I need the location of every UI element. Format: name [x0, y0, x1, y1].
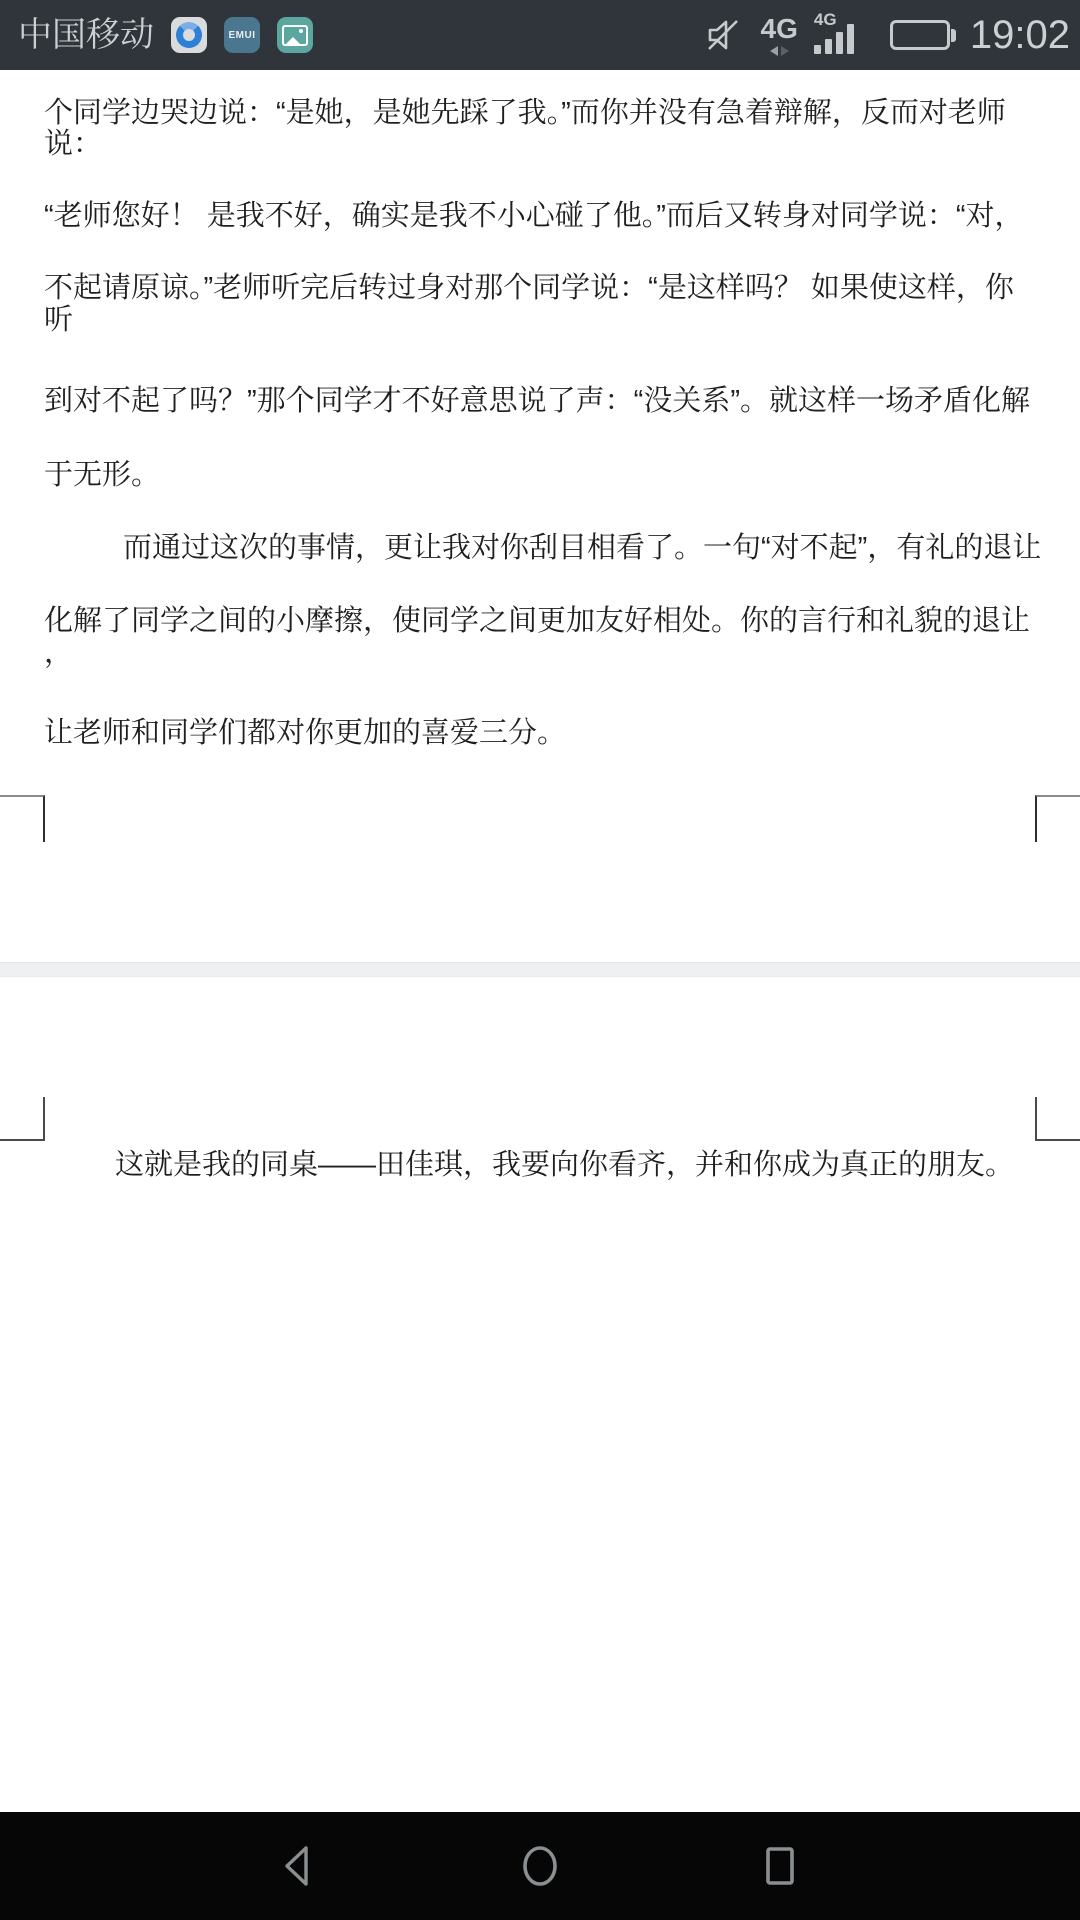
home-icon: [516, 1842, 564, 1890]
phone-screen: 中国移动 EMUI 4G: [0, 0, 1080, 1920]
network-4g-label: 4G: [761, 13, 798, 44]
clock-label: 19:02: [970, 15, 1070, 55]
document-text-line: ，: [44, 636, 73, 671]
gallery-frame-glyph: [282, 25, 308, 46]
document-viewport[interactable]: 个同学边哭边说：“是她，是她先踩了我。”而你并没有急着辩解，反而对老师 说： “…: [0, 70, 1080, 1812]
gallery-mountain-glyph: [285, 37, 301, 45]
signal-bar: [847, 24, 854, 54]
document-text-line: 化解了同学之间的小摩擦，使同学之间更加友好相处。你的言行和礼貌的退让: [44, 604, 1030, 639]
battery-nub: [951, 29, 956, 42]
document-text-line: 让老师和同学们都对你更加的喜爱三分。: [44, 716, 566, 751]
home-button[interactable]: [420, 1812, 660, 1920]
page2-top-left-margin-mark: [0, 1097, 45, 1141]
mobile-data-indicator: 4G: [761, 15, 798, 56]
document-text-line: 而通过这次的事情，更让我对你刮目相看了。一句“对不起”，有礼的退让: [123, 531, 1041, 566]
data-activity-arrows-icon: [761, 46, 798, 56]
gallery-notification-icon: [277, 17, 313, 53]
document-text-line: 听: [44, 303, 73, 338]
signal-bar: [825, 39, 832, 54]
browser-notification-icon: [171, 17, 207, 53]
signal-strength-indicator: 4G: [814, 10, 872, 60]
page1-bottom-right-margin-mark: [1035, 795, 1080, 842]
carrier-label: 中国移动: [18, 18, 154, 52]
page1-bottom-left-margin-mark: [0, 795, 45, 842]
back-button[interactable]: [180, 1812, 420, 1920]
page2-top-right-margin-mark: [1035, 1097, 1080, 1141]
page-separator: [0, 962, 1080, 977]
status-bar: 中国移动 EMUI 4G: [0, 0, 1080, 70]
browser-swirl-glyph: [176, 22, 202, 48]
document-text-line: 个同学边哭边说：“是她，是她先踩了我。”而你并没有急着辩解，反而对老师: [44, 96, 1006, 131]
document-text-line: 到对不起了吗？”那个同学才不好意思说了声：“没关系”。就这样一场矛盾化解: [44, 384, 1030, 419]
document-text-line: 说：: [44, 127, 102, 162]
android-nav-bar: [0, 1812, 1080, 1920]
data-arrow-left-icon: [770, 46, 778, 56]
gallery-dot-glyph: [299, 29, 303, 33]
signal-bars-icon: [814, 24, 854, 54]
mute-speaker-icon: [703, 15, 743, 55]
status-bar-left: 中国移动 EMUI: [18, 17, 313, 53]
battery-icon: [890, 20, 956, 50]
emui-icon-label: EMUI: [229, 30, 256, 41]
status-bar-right: 4G 4G 19:02: [703, 10, 1070, 60]
signal-bar: [836, 32, 843, 54]
document-text-line: “老师您好！ 是我不好，确实是我不小心碰了他。”而后又转身对同学说：“对，: [44, 199, 1024, 234]
data-arrow-right-icon: [781, 46, 789, 56]
emui-notification-icon: EMUI: [224, 17, 260, 53]
battery-body: [890, 20, 950, 50]
signal-bar: [814, 45, 821, 54]
document-text-line: 于无形。: [44, 458, 160, 493]
recents-icon: [756, 1842, 804, 1890]
document-text-line: 不起请原谅。”老师听完后转过身对那个同学说：“是这样吗？ 如果使这样，你: [44, 271, 1014, 306]
document-text-line: 这就是我的同桌——田佳琪，我要向你看齐，并和你成为真正的朋友。: [115, 1148, 1014, 1183]
recents-button[interactable]: [660, 1812, 900, 1920]
back-icon: [276, 1842, 324, 1890]
